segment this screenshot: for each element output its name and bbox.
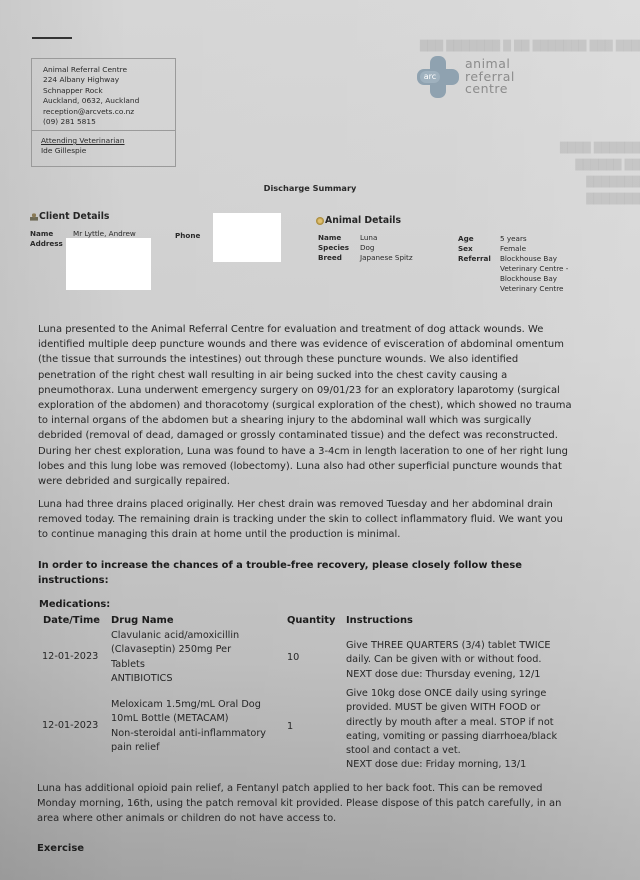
redacted-phone — [213, 213, 281, 262]
animal-age-value: 5 years — [500, 234, 527, 244]
show-through-text: ███████ ███████ ██████████████████████ — [560, 140, 640, 208]
opioid-note: Luna has additional opioid pain relief, … — [37, 781, 597, 827]
med-drug-line: ANTIBIOTICS — [111, 672, 239, 686]
logo-wordmark: animal referral centre — [465, 58, 515, 96]
med-drug-name: Clavulanic acid/amoxicillin (Clavaseptin… — [111, 629, 239, 686]
clinic-address-line1: 224 Albany Highway — [43, 75, 175, 85]
paw-icon — [316, 217, 324, 225]
document-page: ██████ ████ ███ ███████ ██ █ ███████ ███… — [0, 0, 640, 880]
med-drug-line: 10mL Bottle (METACAM) — [111, 712, 266, 726]
client-details-heading: Client Details — [30, 211, 109, 222]
animal-breed-value: Japanese Spitz — [360, 253, 413, 263]
animal-sex-label: Sex — [458, 244, 473, 254]
client-name-label: Name — [30, 229, 53, 239]
animal-age-label: Age — [458, 234, 474, 244]
top-rule — [32, 37, 72, 39]
medications-heading: Medications: — [39, 599, 110, 610]
summary-line: During her chest exploration, Luna was f… — [38, 444, 598, 459]
animal-species-value: Dog — [360, 243, 375, 253]
col-header-drug: Drug Name — [111, 615, 174, 626]
summary-line: (the tissue that surrounds the intestine… — [38, 352, 598, 367]
attending-vet: Attending Veterinarian Ide Gillespie — [32, 131, 175, 157]
client-details-title: Client Details — [39, 211, 109, 222]
summary-line: debrided (removal of dead, damaged or gr… — [38, 428, 598, 443]
med-instruction-line: directly by mouth after a meal. STOP if … — [346, 716, 557, 730]
animal-referral-value-1: Blockhouse Bay — [500, 254, 557, 264]
clinic-address-line2: Schnapper Rock — [43, 86, 175, 96]
attending-vet-label: Attending Veterinarian — [41, 136, 175, 146]
instructions-intro-line: instructions: — [38, 573, 598, 588]
med-instruction-line: daily. Can be given with or without food… — [346, 653, 550, 667]
animal-breed-label: Breed — [318, 253, 342, 263]
logo-line3: centre — [465, 83, 515, 96]
animal-referral-value-2: Veterinary Centre - — [500, 264, 568, 274]
med-quantity: 10 — [287, 651, 299, 665]
drains-line: to continue managing this drain at home … — [38, 527, 598, 542]
animal-name-label: Name — [318, 233, 341, 243]
med-instruction-line: NEXT dose due: Friday morning, 13/1 — [346, 758, 557, 772]
med-date: 12-01-2023 — [42, 650, 98, 664]
summary-line: identified multiple deep puncture wounds… — [38, 337, 598, 352]
instructions-intro-line: In order to increase the chances of a tr… — [38, 558, 598, 573]
client-address-label: Address — [30, 239, 63, 249]
med-drug-name: Meloxicam 1.5mg/mL Oral Dog 10mL Bottle … — [111, 698, 266, 755]
med-instruction-line: Give 10kg dose ONCE daily using syringe — [346, 687, 557, 701]
summary-line: Luna presented to the Animal Referral Ce… — [38, 322, 598, 337]
animal-details: Name Luna Species Dog Breed Japanese Spi… — [318, 233, 608, 303]
animal-referral-value-3: Blockhouse Bay — [500, 274, 557, 284]
col-header-instructions: Instructions — [346, 615, 413, 626]
summary-line: penetration of the right chest wall resu… — [38, 368, 598, 383]
clinic-address-box: Animal Referral Centre 224 Albany Highwa… — [31, 58, 176, 167]
clinic-phone: (09) 281 5815 — [43, 117, 175, 127]
redacted-address — [66, 238, 151, 290]
med-instruction-line: eating, vomiting or passing diarrhoea/bl… — [346, 730, 557, 744]
instructions-intro: In order to increase the chances of a tr… — [38, 558, 598, 588]
summary-line: to internal organs of the abdomen but a … — [38, 413, 598, 428]
clinic-address-line3: Auckland, 0632, Auckland — [43, 96, 175, 106]
animal-referral-value-4: Veterinary Centre — [500, 284, 563, 294]
med-instructions: Give 10kg dose ONCE daily using syringe … — [346, 687, 557, 773]
animal-details-title: Animal Details — [325, 215, 401, 226]
med-instruction-line: Give THREE QUARTERS (3/4) tablet TWICE — [346, 639, 550, 653]
clinic-address: Animal Referral Centre 224 Albany Highwa… — [32, 59, 175, 131]
clinic-email: reception@arcvets.co.nz — [43, 107, 175, 117]
client-phone-label: Phone — [175, 231, 200, 241]
col-header-date: Date/Time — [43, 615, 100, 626]
summary-line: lobes and this lung lobe was removed (lo… — [38, 459, 598, 474]
drains-line: Luna had three drains placed originally.… — [38, 497, 598, 512]
med-instruction-line: stool and contact a vet. — [346, 744, 557, 758]
animal-name-value: Luna — [360, 233, 377, 243]
med-drug-line: (Clavaseptin) 250mg Per — [111, 643, 239, 657]
opioid-note-line: area where other animals or children do … — [37, 811, 597, 826]
med-quantity: 1 — [287, 720, 293, 734]
summary-line: exploration of the abdomen) and thoracot… — [38, 398, 598, 413]
opioid-note-line: Luna has additional opioid pain relief, … — [37, 781, 597, 796]
med-drug-line: Clavulanic acid/amoxicillin — [111, 629, 239, 643]
document-title: Discharge Summary — [0, 183, 620, 193]
logo-badge: arc — [420, 71, 440, 83]
animal-details-heading: Animal Details — [316, 215, 401, 226]
animal-species-label: Species — [318, 243, 349, 253]
med-instruction-line: provided. MUST be given WITH FOOD or — [346, 701, 557, 715]
exercise-heading: Exercise — [37, 843, 84, 854]
person-icon — [30, 213, 38, 221]
col-header-quantity: Quantity — [287, 615, 335, 626]
summary-line: pneumothorax. Luna underwent emergency s… — [38, 383, 598, 398]
clinical-summary-paragraph: Luna presented to the Animal Referral Ce… — [38, 322, 598, 489]
med-drug-line: Tablets — [111, 658, 239, 672]
med-instructions: Give THREE QUARTERS (3/4) tablet TWICE d… — [346, 639, 550, 682]
drains-line: removed today. The remaining drain is tr… — [38, 512, 598, 527]
attending-vet-name: Ide Gillespie — [41, 146, 86, 155]
med-drug-line: Meloxicam 1.5mg/mL Oral Dog — [111, 698, 266, 712]
opioid-note-line: Monday morning, 16th, using the patch re… — [37, 796, 597, 811]
animal-sex-value: Female — [500, 244, 526, 254]
clinic-name: Animal Referral Centre — [43, 65, 175, 75]
med-drug-line: pain relief — [111, 741, 266, 755]
show-through-text: ██████ ████ ███ ███████ ██ █ ███████ ███ — [420, 38, 640, 55]
med-date: 12-01-2023 — [42, 719, 98, 733]
clinic-logo: arc animal referral centre — [417, 56, 527, 102]
animal-referral-label: Referral — [458, 254, 491, 264]
cross-logo-icon: arc — [417, 56, 459, 98]
summary-line: were debrided and surgically repaired. — [38, 474, 598, 489]
drains-paragraph: Luna had three drains placed originally.… — [38, 497, 598, 543]
med-drug-line: Non-steroidal anti-inflammatory — [111, 727, 266, 741]
med-instruction-line: NEXT dose due: Thursday evening, 12/1 — [346, 668, 550, 682]
